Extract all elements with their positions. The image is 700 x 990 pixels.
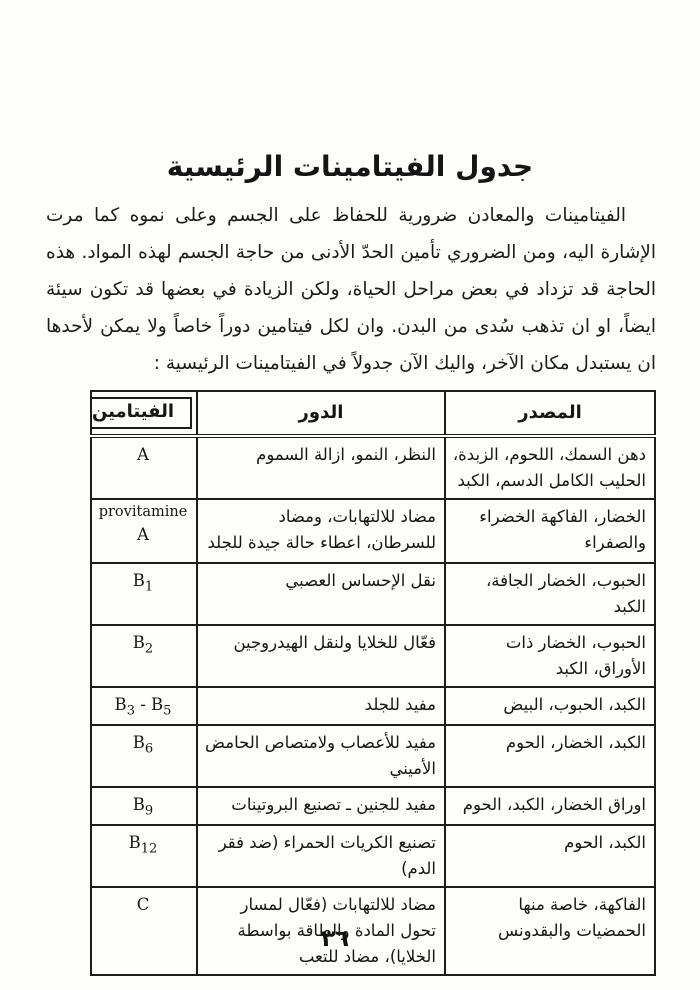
vitamin-cell: B3 - B5 bbox=[91, 687, 197, 725]
table-row-vitamin-b6: الكبد، الخضار، الحوم مفيد للأعصاب ولامتص… bbox=[91, 725, 655, 787]
role-cell: تصنيع الكريات الحمراء (ضد فقر الدم) bbox=[197, 825, 445, 887]
table-row-vitamin-b1: الحبوب، الخضار الجافة، الكبد نقل الإحساس… bbox=[91, 563, 655, 625]
table-row-vitamin-a: دهن السمك، اللحوم، الزبدة، الحليب الكامل… bbox=[91, 436, 655, 499]
page-title: جدول الفيتامينات الرئيسية bbox=[0, 150, 700, 183]
vitamin-cell: A bbox=[91, 436, 197, 499]
vitamin-cell: B6 bbox=[91, 725, 197, 787]
intro-paragraph: الفيتامينات والمعادن ضرورية للحفاظ على ا… bbox=[46, 197, 656, 382]
header-vitamin: الفيتامين bbox=[91, 391, 197, 436]
role-cell: النظر، النمو، ازالة السموم bbox=[197, 436, 445, 499]
book-page: جدول الفيتامينات الرئيسية الفيتامينات وا… bbox=[0, 0, 700, 990]
vitamin-cell: B1 bbox=[91, 563, 197, 625]
source-cell: الكبد، الحبوب، البيض bbox=[445, 687, 655, 725]
vitamin-cell: B2 bbox=[91, 625, 197, 687]
role-cell: مضاد للالتهابات، ومضاد للسرطان، اعطاء حا… bbox=[197, 499, 445, 563]
vitamin-cell: provitamine A bbox=[91, 499, 197, 563]
source-cell: الحبوب، الخضار ذات الأوراق، الكبد bbox=[445, 625, 655, 687]
table-row-vitamin-b9: اوراق الخضار، الكبد، الحوم مفيد للجنين ـ… bbox=[91, 787, 655, 825]
role-cell: مفيد للجلد bbox=[197, 687, 445, 725]
role-cell: نقل الإحساس العصبي bbox=[197, 563, 445, 625]
source-cell: الخضار، الفاكهة الخضراء والصفراء bbox=[445, 499, 655, 563]
source-cell: الكبد، الحوم bbox=[445, 825, 655, 887]
table-row-vitamin-b3-b5: الكبد، الحبوب، البيض مفيد للجلد B3 - B5 bbox=[91, 687, 655, 725]
header-vitamin-box: الفيتامين bbox=[91, 397, 192, 429]
role-cell: مفيد للأعصاب ولامتصاص الحامض الأميني bbox=[197, 725, 445, 787]
source-cell: الكبد، الخضار، الحوم bbox=[445, 725, 655, 787]
source-cell: الحبوب، الخضار الجافة، الكبد bbox=[445, 563, 655, 625]
header-role: الدور bbox=[197, 391, 445, 436]
role-cell: مفيد للجنين ـ تصنيع البروتينات bbox=[197, 787, 445, 825]
header-source: المصدر bbox=[445, 391, 655, 436]
vitamin-cell: B12 bbox=[91, 825, 197, 887]
table-row-vitamin-b2: الحبوب، الخضار ذات الأوراق، الكبد فعّال … bbox=[91, 625, 655, 687]
source-cell: دهن السمك، اللحوم، الزبدة، الحليب الكامل… bbox=[445, 436, 655, 499]
role-cell: فعّال للخلايا ولنقل الهيدروجين bbox=[197, 625, 445, 687]
vitamins-table: المصدر الدور الفيتامين دهن السمك، اللحوم… bbox=[90, 390, 656, 976]
table-row-vitamin-b12: الكبد، الحوم تصنيع الكريات الحمراء (ضد ف… bbox=[91, 825, 655, 887]
table-row-provitamine-a: الخضار، الفاكهة الخضراء والصفراء مضاد لل… bbox=[91, 499, 655, 563]
source-cell: اوراق الخضار، الكبد، الحوم bbox=[445, 787, 655, 825]
table-header-row: المصدر الدور الفيتامين bbox=[91, 391, 655, 436]
vitamin-cell: B9 bbox=[91, 787, 197, 825]
page-number: ٣٦ bbox=[0, 926, 670, 952]
